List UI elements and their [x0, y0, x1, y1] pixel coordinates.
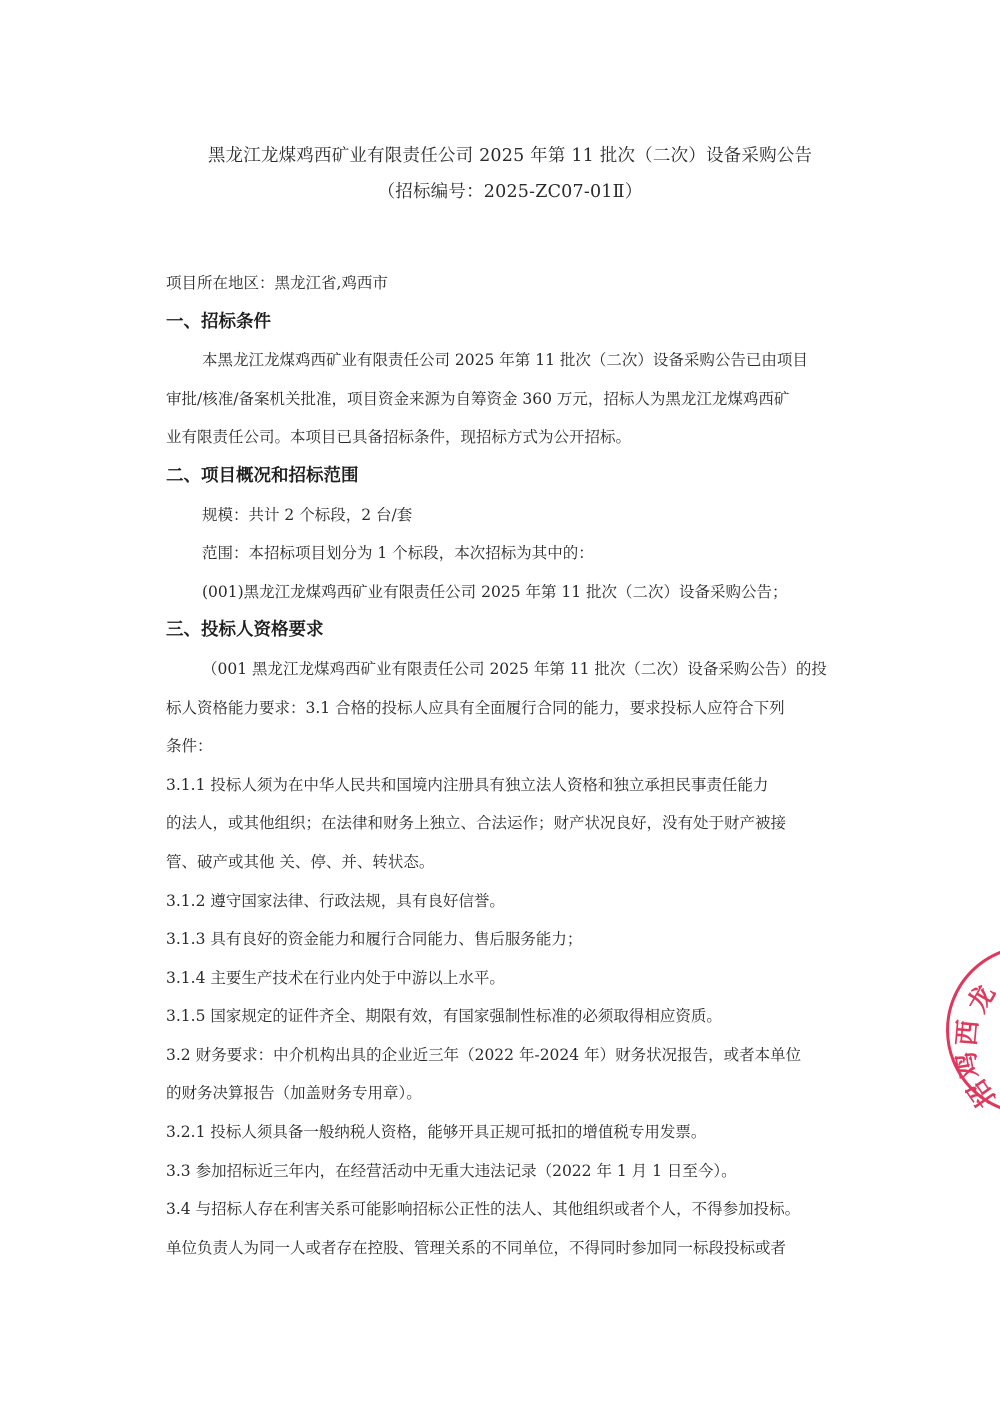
stamp-char: 西	[954, 1019, 982, 1047]
requirement-3-1-5: 3.1.5 国家规定的证件齐全、期限有效，有国家强制性标准的必须取得相应资质。	[166, 997, 856, 1036]
document-page: 黑龙江龙煤鸡西矿业有限责任公司 2025 年第 11 批次（二次）设备采购公告 …	[0, 0, 1000, 1426]
title-line-2: （招标编号：2025-ZC07-01Ⅱ）	[0, 174, 1000, 210]
paragraph-line: 业有限责任公司。本项目已具备招标条件，现招标方式为公开招标。	[166, 418, 856, 457]
stamp-char: 鸡	[953, 1050, 983, 1080]
official-seal-stamp: 龙 西 鸡 招	[946, 945, 1000, 1115]
requirement-3-1-2: 3.1.2 遵守国家法律、行政法规，具有良好信誉。	[166, 882, 856, 921]
requirement-3-3: 3.3 参加招标近三年内，在经营活动中无重大违法记录（2022 年 1 月 1 …	[166, 1152, 856, 1191]
paragraph-line: 本黑龙江龙煤鸡西矿业有限责任公司 2025 年第 11 批次（二次）设备采购公告…	[166, 341, 856, 380]
requirement-3-1-4: 3.1.4 主要生产技术在行业内处于中游以上水平。	[166, 959, 856, 998]
document-title: 黑龙江龙煤鸡西矿业有限责任公司 2025 年第 11 批次（二次）设备采购公告 …	[0, 138, 1000, 210]
project-region: 项目所在地区：黑龙江省,鸡西市	[166, 264, 856, 303]
requirement-3-1-1: 3.1.1 投标人须为在中华人民共和国境内注册具有独立法人资格和独立承担民事责任…	[166, 766, 856, 805]
requirement-3-4: 3.4 与招标人存在利害关系可能影响招标公正性的法人、其他组织或者个人，不得参加…	[166, 1190, 856, 1229]
paragraph-line: 审批/核准/备案机关批准，项目资金来源为自筹资金 360 万元，招标人为黑龙江龙…	[166, 380, 856, 419]
paragraph-line: 条件：	[166, 727, 856, 766]
section-heading-tender-conditions: 一、招标条件	[166, 303, 856, 342]
title-line-1: 黑龙江龙煤鸡西矿业有限责任公司 2025 年第 11 批次（二次）设备采购公告	[0, 138, 1000, 174]
paragraph-line: 单位负责人为同一人或者存在控股、管理关系的不同单位，不得同时参加同一标段投标或者	[166, 1229, 856, 1268]
document-body: 项目所在地区：黑龙江省,鸡西市 一、招标条件 本黑龙江龙煤鸡西矿业有限责任公司 …	[166, 264, 856, 1267]
paragraph-line: 的财务决算报告（加盖财务专用章）。	[166, 1074, 856, 1113]
scope-line: 范围：本招标项目划分为 1 个标段，本次招标为其中的：	[166, 534, 856, 573]
stamp-char: 龙	[964, 981, 1000, 1017]
paragraph-line: 标人资格能力要求：3.1 合格的投标人应具有全面履行合同的能力，要求投标人应符合…	[166, 689, 856, 728]
requirement-3-2: 3.2 财务要求：中介机构出具的企业近三年（2022 年-2024 年）财务状况…	[166, 1036, 856, 1075]
section-heading-project-overview: 二、项目概况和招标范围	[166, 457, 856, 496]
paragraph-line: 管、破产或其他 关、停、并、转状态。	[166, 843, 856, 882]
lot-line: (001)黑龙江龙煤鸡西矿业有限责任公司 2025 年第 11 批次（二次）设备…	[166, 573, 856, 612]
requirement-3-2-1: 3.2.1 投标人须具备一般纳税人资格，能够开具正规可抵扣的增值税专用发票。	[166, 1113, 856, 1152]
section-heading-bidder-qualifications: 三、投标人资格要求	[166, 611, 856, 650]
paragraph-line: 的法人，或其他组织；在法律和财务上独立、合法运作；财产状况良好，没有处于财产被接	[166, 804, 856, 843]
requirement-3-1-3: 3.1.3 具有良好的资金能力和履行合同能力、售后服务能力；	[166, 920, 856, 959]
paragraph-line: （001 黑龙江龙煤鸡西矿业有限责任公司 2025 年第 11 批次（二次）设备…	[166, 650, 856, 689]
stamp-char: 招	[964, 1075, 1000, 1111]
scale-line: 规模：共计 2 个标段，2 台/套	[166, 496, 856, 535]
